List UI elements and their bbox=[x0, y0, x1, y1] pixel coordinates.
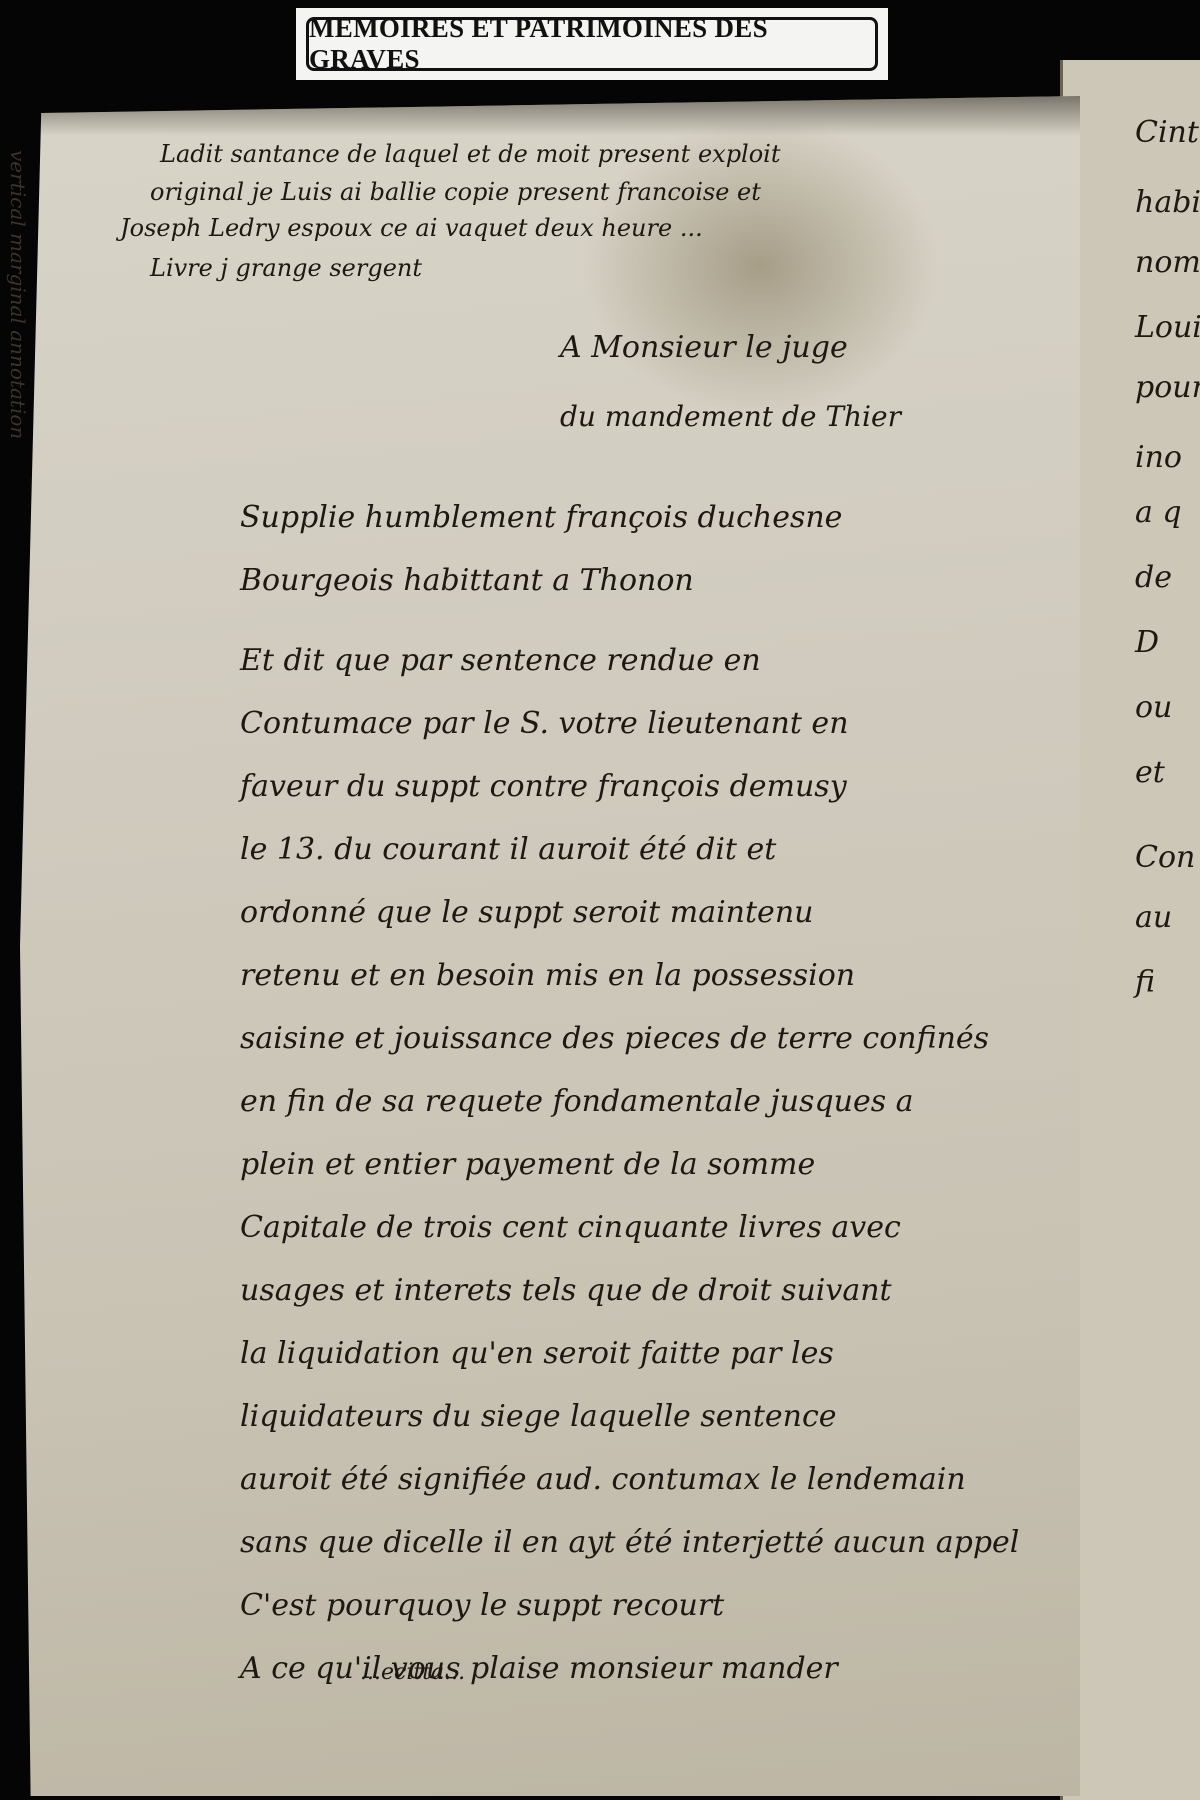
right-page-word: fi bbox=[1135, 965, 1155, 1000]
archive-label: MEMOIRES ET PATRIMOINES DES GRAVES bbox=[296, 8, 888, 80]
right-page-word: Louis bbox=[1135, 310, 1200, 345]
right-page-word: nomi bbox=[1135, 245, 1200, 280]
body-line: Bourgeois habittant a Thonon bbox=[240, 563, 694, 598]
right-page-word: D bbox=[1135, 625, 1159, 660]
body-line: la liquidation qu'en seroit faitte par l… bbox=[240, 1336, 834, 1371]
body-line: le 13. du courant il auroit été dit et bbox=[240, 832, 776, 867]
right-page-word: de bbox=[1135, 560, 1172, 595]
body-line: en fin de sa requete fondamentale jusque… bbox=[240, 1084, 914, 1119]
top-paragraph-line: Joseph Ledry espoux ce ai vaquet deux he… bbox=[120, 214, 703, 242]
right-page-word: Cinte bbox=[1135, 115, 1200, 150]
body-line: C'est pourquoy le suppt recourt bbox=[240, 1588, 724, 1623]
body-line: saisine et jouissance des pieces de terr… bbox=[240, 1021, 989, 1056]
body-line: retenu et en besoin mis en la possession bbox=[240, 958, 855, 993]
page-fold-shadow bbox=[20, 96, 1080, 136]
body-line: sans que dicelle il en ayt été interjett… bbox=[240, 1525, 1019, 1560]
body-line: Supplie humblement françois duchesne bbox=[240, 500, 842, 535]
body-line: auroit été signifiée aud. contumax le le… bbox=[240, 1462, 966, 1497]
body-line: usages et interets tels que de droit sui… bbox=[240, 1273, 892, 1308]
right-page-word: ino bbox=[1135, 440, 1182, 475]
margin-note: vertical marginal annotation bbox=[6, 150, 30, 439]
bottom-fragment: ...ecitta... bbox=[360, 1660, 465, 1685]
right-page-word: habit bbox=[1135, 185, 1200, 220]
archive-label-text: MEMOIRES ET PATRIMOINES DES GRAVES bbox=[306, 17, 878, 71]
body-line: Contumace par le S. votre lieutenant en bbox=[240, 706, 849, 741]
right-page-word: au bbox=[1135, 900, 1172, 935]
right-page-word: pour bbox=[1135, 370, 1200, 405]
body-line: ordonné que le suppt seroit maintenu bbox=[240, 895, 813, 930]
right-page-word: a q bbox=[1135, 495, 1182, 530]
body-line: Et dit que par sentence rendue en bbox=[240, 643, 761, 678]
right-page-word: Con bbox=[1135, 840, 1195, 875]
top-paragraph-line: Livre j grange sergent bbox=[150, 254, 422, 282]
body-line: liquidateurs du siege laquelle sentence bbox=[240, 1399, 837, 1434]
right-page-word: ou bbox=[1135, 690, 1172, 725]
body-line: faveur du suppt contre françois demusy bbox=[240, 769, 847, 804]
address-line: du mandement de Thier bbox=[560, 400, 901, 433]
address-line: A Monsieur le juge bbox=[560, 330, 848, 365]
body-line: Capitale de trois cent cinquante livres … bbox=[240, 1210, 901, 1245]
top-paragraph-line: original je Luis ai ballie copie present… bbox=[150, 178, 761, 206]
right-page-word: et bbox=[1135, 755, 1165, 790]
top-paragraph-line: Ladit santance de laquel et de moit pres… bbox=[160, 140, 781, 168]
body-line: A ce qu'il vous plaise monsieur mander bbox=[240, 1651, 838, 1686]
body-line: plein et entier payement de la somme bbox=[240, 1147, 815, 1182]
